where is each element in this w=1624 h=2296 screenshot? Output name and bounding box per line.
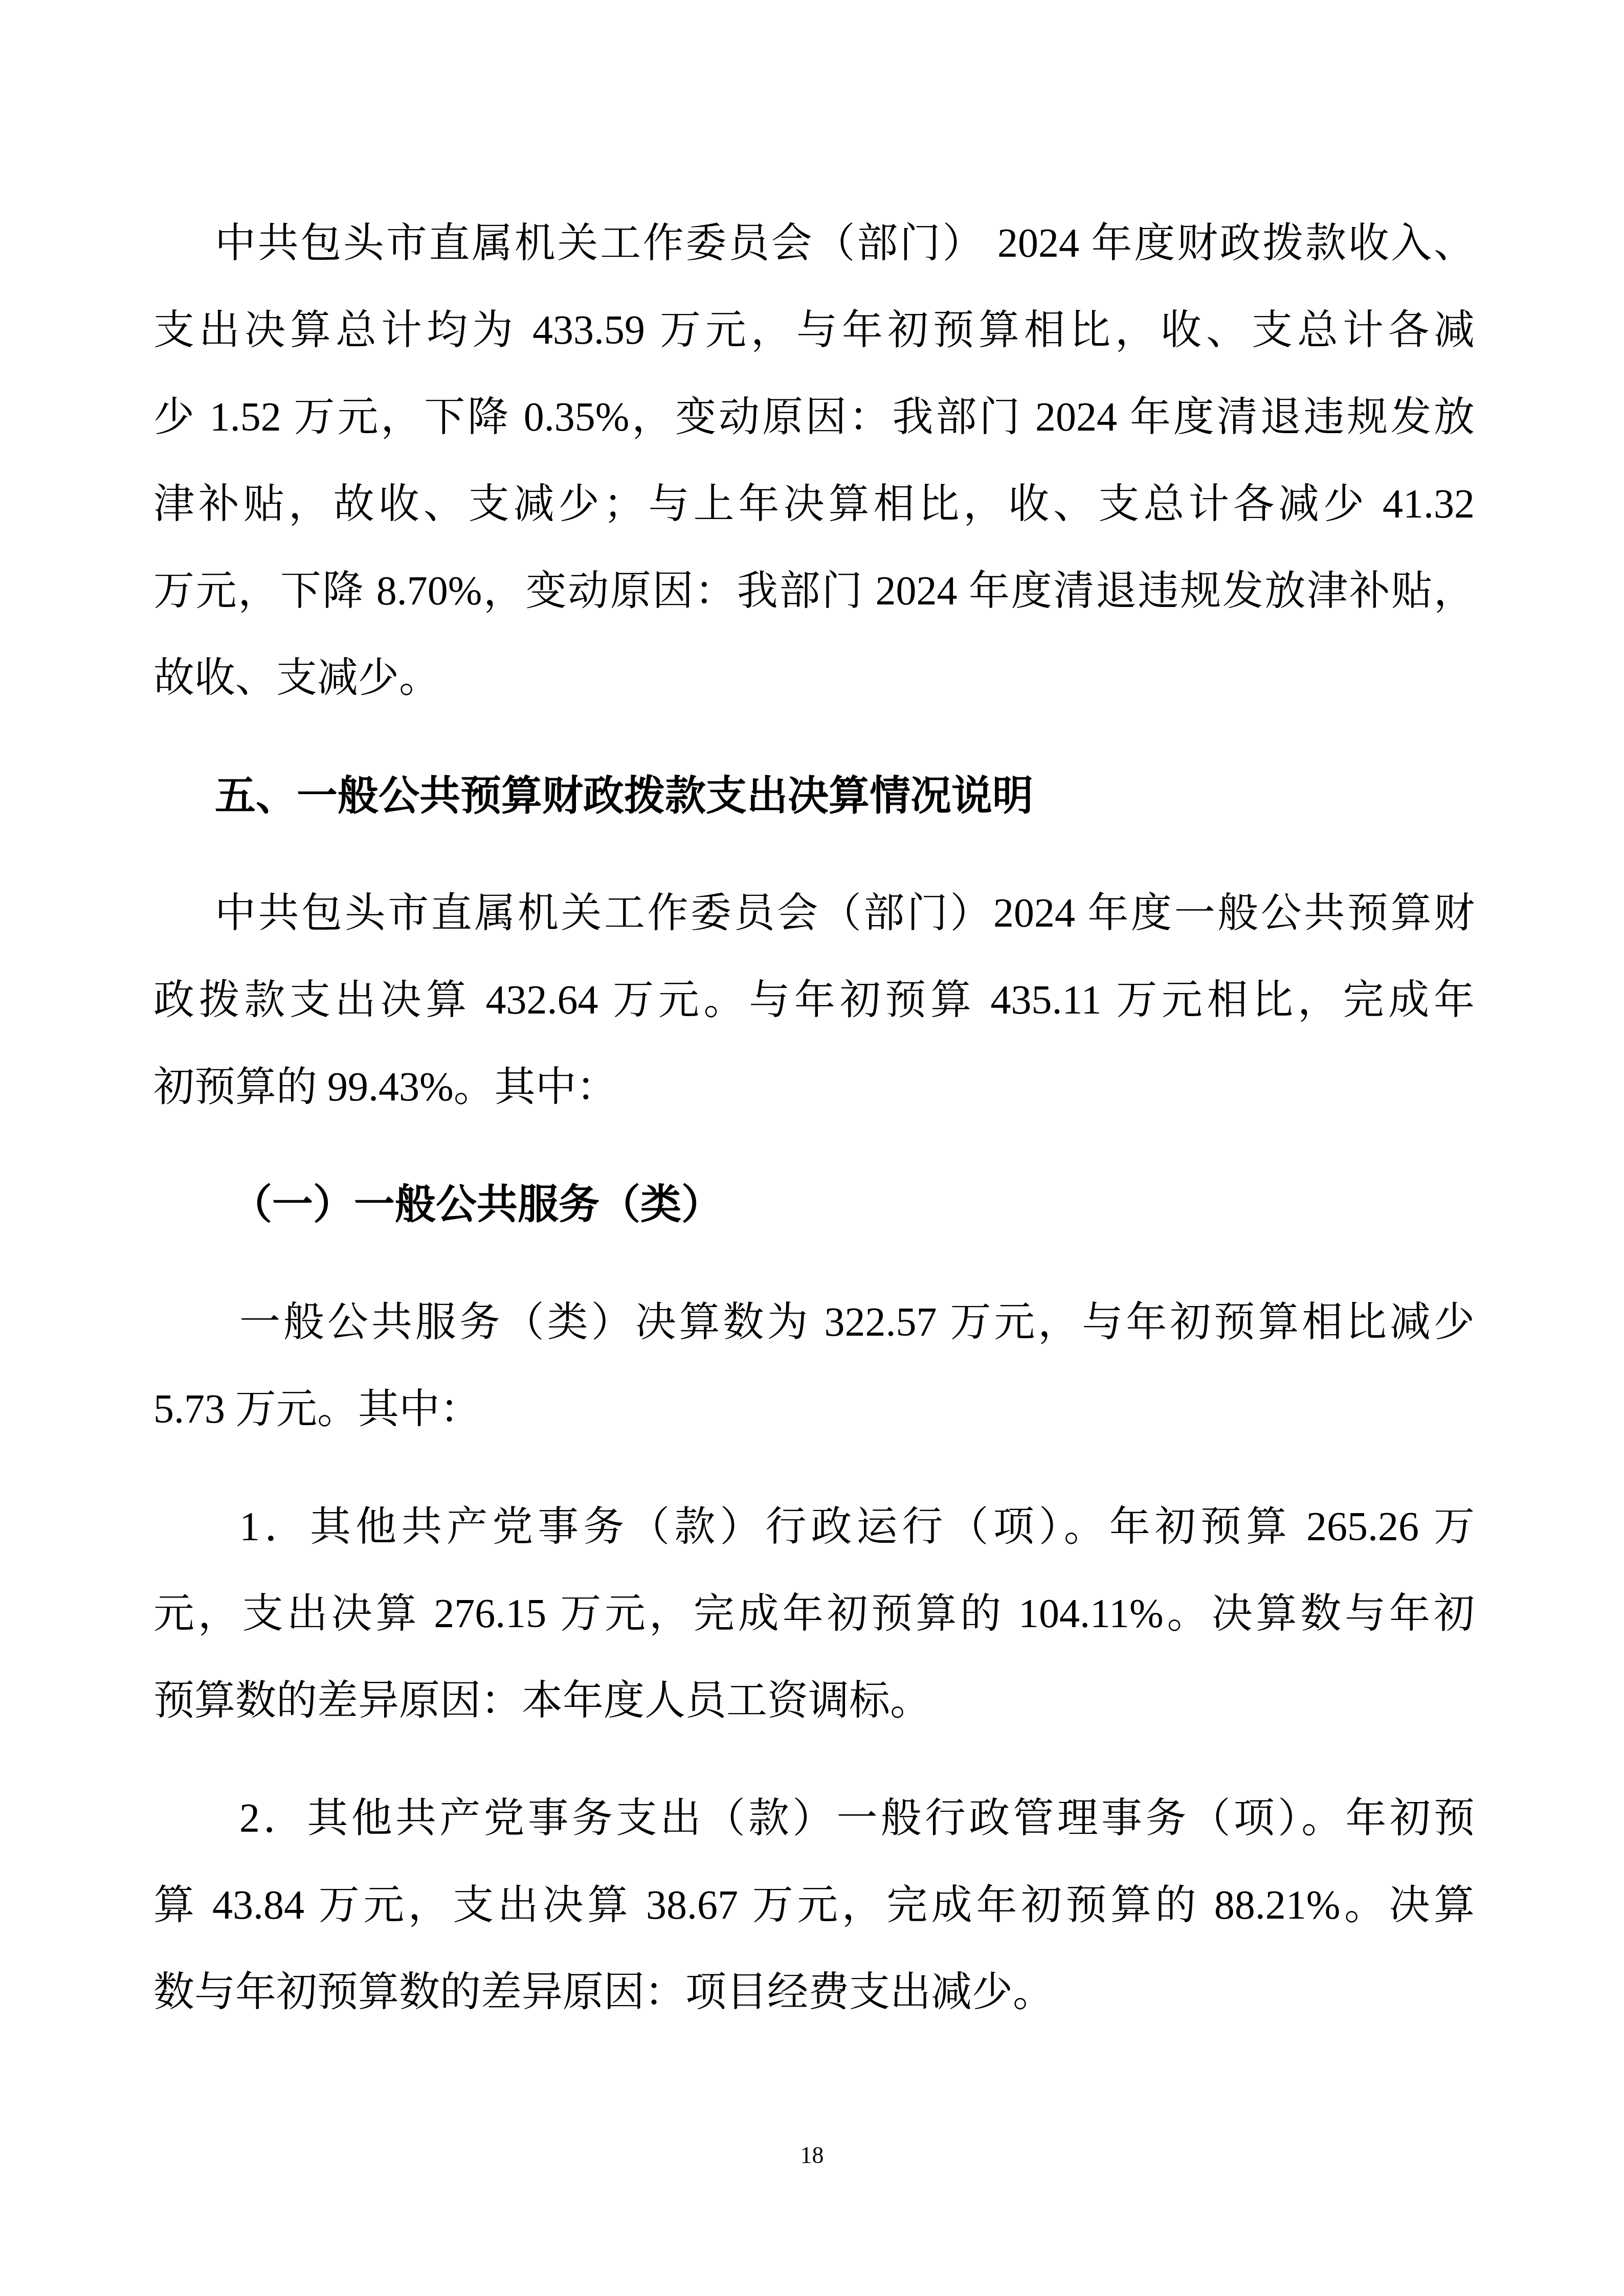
heading-section-5-general-public-budget-expenditure-line-1: 五、一般公共预算财政拨款支出决算情况说明 (153, 752, 1475, 839)
paragraph-fiscal-appropriation-total-line-3: 少 1.52 万元，下降 0.35%，变动原因：我部门 2024 年度清退违规发… (153, 374, 1475, 461)
paragraph-general-public-services-final-accounts-line-1: 一般公共服务（类）决算数为 322.57 万元，与年初预算相比减少 (153, 1279, 1475, 1366)
paragraph-fiscal-appropriation-total-line-6: 故收、支减少。 (153, 635, 1475, 722)
paragraph-item-1-other-cpc-affairs-administrative-operation-line-3: 预算数的差异原因：本年度人员工资调标。 (153, 1657, 1475, 1744)
paragraph-fiscal-appropriation-total-line-2: 支出决算总计均为 433.59 万元，与年初预算相比，收、支总计各减 (153, 287, 1475, 374)
paragraph-fiscal-appropriation-total-line-4: 津补贴，故收、支减少；与上年决算相比，收、支总计各减少 41.32 (153, 461, 1475, 548)
paragraph-item-1-other-cpc-affairs-administrative-operation: 1．其他共产党事务（款）行政运行（项）。年初预算 265.26 万元，支出决算 … (153, 1483, 1475, 1744)
paragraph-item-2-other-cpc-affairs-general-administrative-affairs: 2．其他共产党事务支出（款）一般行政管理事务（项）。年初预算 43.84 万元，… (153, 1775, 1475, 2036)
paragraph-fiscal-appropriation-total: 中共包头市直属机关工作委员会（部门） 2024 年度财政拨款收入、支出决算总计均… (153, 200, 1475, 722)
paragraph-general-public-budget-expenditure-summary-line-1: 中共包头市直属机关工作委员会（部门）2024 年度一般公共预算财 (153, 870, 1475, 957)
paragraph-item-2-other-cpc-affairs-general-administrative-affairs-line-3: 数与年初预算数的差异原因：项目经费支出减少。 (153, 1949, 1475, 2036)
paragraph-item-1-other-cpc-affairs-administrative-operation-line-2: 元，支出决算 276.15 万元，完成年初预算的 104.11%。决算数与年初 (153, 1570, 1475, 1657)
document-body: 中共包头市直属机关工作委员会（部门） 2024 年度财政拨款收入、支出决算总计均… (153, 200, 1475, 2036)
paragraph-item-1-other-cpc-affairs-administrative-operation-line-1: 1．其他共产党事务（款）行政运行（项）。年初预算 265.26 万 (153, 1483, 1475, 1570)
paragraph-item-2-other-cpc-affairs-general-administrative-affairs-line-2: 算 43.84 万元，支出决算 38.67 万元，完成年初预算的 88.21%。… (153, 1862, 1475, 1949)
subheading-1-general-public-services-category-line-1: （一）一般公共服务（类） (153, 1161, 1475, 1248)
page-number: 18 (0, 2135, 1624, 2176)
heading-section-5-general-public-budget-expenditure: 五、一般公共预算财政拨款支出决算情况说明 (153, 752, 1475, 839)
paragraph-fiscal-appropriation-total-line-1: 中共包头市直属机关工作委员会（部门） 2024 年度财政拨款收入、 (153, 200, 1475, 287)
paragraph-general-public-budget-expenditure-summary: 中共包头市直属机关工作委员会（部门）2024 年度一般公共预算财政拨款支出决算 … (153, 870, 1475, 1131)
paragraph-general-public-budget-expenditure-summary-line-2: 政拨款支出决算 432.64 万元。与年初预算 435.11 万元相比，完成年 (153, 957, 1475, 1044)
paragraph-item-2-other-cpc-affairs-general-administrative-affairs-line-1: 2．其他共产党事务支出（款）一般行政管理事务（项）。年初预 (153, 1775, 1475, 1862)
paragraph-general-public-services-final-accounts-line-2: 5.73 万元。其中： (153, 1366, 1475, 1453)
paragraph-general-public-budget-expenditure-summary-line-3: 初预算的 99.43%。其中： (153, 1044, 1475, 1131)
subheading-1-general-public-services-category: （一）一般公共服务（类） (153, 1161, 1475, 1248)
paragraph-fiscal-appropriation-total-line-5: 万元，下降 8.70%，变动原因：我部门 2024 年度清退违规发放津补贴， (153, 548, 1475, 635)
paragraph-general-public-services-final-accounts: 一般公共服务（类）决算数为 322.57 万元，与年初预算相比减少5.73 万元… (153, 1279, 1475, 1453)
